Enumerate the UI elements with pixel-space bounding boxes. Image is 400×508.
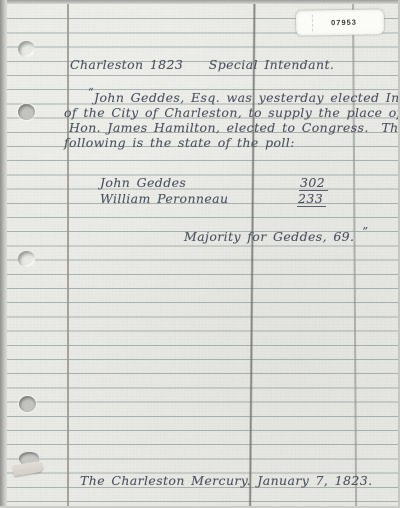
scan-edge-left	[0, 0, 7, 508]
article-line-2: of the City of Charleston, to supply the…	[64, 106, 400, 120]
article-line-1: “John Geddes, Esq. was yesterday elected…	[88, 91, 400, 106]
scan-edge-top	[0, 0, 400, 4]
archive-number: 07953	[331, 18, 357, 27]
heading-line: Charleston 1823 Special Intendant.	[70, 58, 334, 72]
majority-text: Majority for Geddes, 69.	[184, 229, 354, 244]
archive-sticker: 07953	[296, 9, 384, 36]
open-quote: “	[88, 86, 94, 99]
punch-hole	[18, 251, 35, 267]
candidate-name: William Peronneau	[100, 192, 228, 206]
candidate-name: John Geddes	[100, 176, 186, 190]
majority-line: Majority for Geddes, 69.”	[184, 230, 368, 245]
punch-hole	[18, 104, 35, 120]
article-line-4: following is the state of the poll:	[64, 136, 295, 150]
article-line-3: Hon. James Hamilton, elected to Congress…	[69, 121, 400, 135]
vote-count: 233	[297, 192, 326, 206]
ruled-lines	[7, 5, 400, 508]
scanned-document-page: 07953 Charleston 1823 Special Intendant.…	[0, 0, 400, 508]
close-quote: ”	[362, 225, 368, 238]
citation-line: The Charleston Mercury. January 7, 1823.	[80, 474, 372, 488]
article-line-1-text: John Geddes, Esq. was yesterday elected …	[94, 90, 400, 105]
paper	[7, 4, 400, 508]
sticker-perforation	[312, 14, 313, 31]
margin-line	[67, 4, 69, 508]
punch-hole	[19, 396, 36, 412]
punch-hole	[18, 41, 35, 57]
vote-count: 302	[299, 176, 328, 190]
